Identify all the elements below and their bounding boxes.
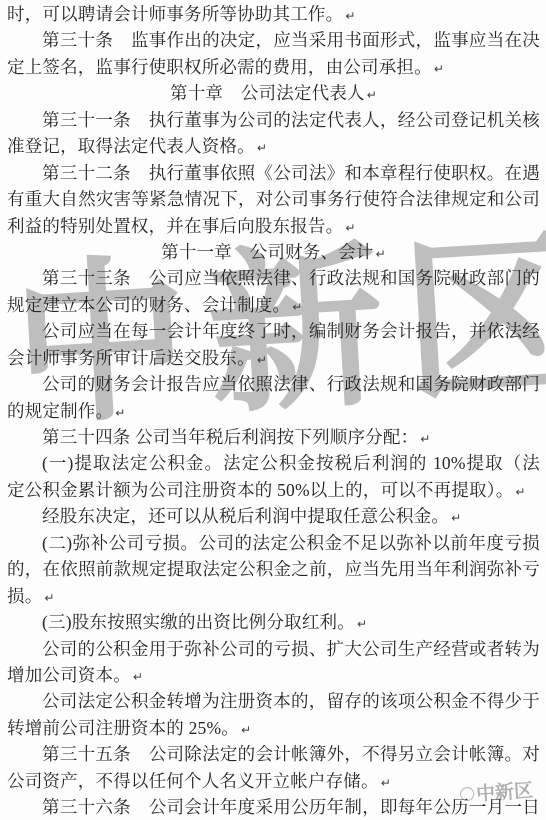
paragraph-return-mark: ↵ — [257, 353, 267, 367]
document-line: 损。↵ — [7, 583, 540, 609]
paragraph-return-mark: ↵ — [357, 617, 367, 631]
document-line: (二)弥补公司亏损。公司的法定公积金不足以弥补以前年度亏损 — [7, 530, 540, 556]
line-text: 第三十五条 公司除法定的会计帐簿外，不得另立会计帐簿。对 — [42, 744, 540, 764]
chapter-heading: 第十一章 公司财务、会计↵ — [7, 239, 540, 265]
document-line: 时，可以聘请会计师事务所等协助其工作。↵ — [7, 1, 540, 27]
line-text: 准登记，取得法定代表人资格。 — [7, 136, 255, 156]
document-line: 增加公司资本。↵ — [7, 662, 540, 688]
line-text: 损。 — [7, 586, 42, 606]
document-line: 定公积金累计额为公司注册资本的 50%以上的，可以不再提取）。↵ — [7, 477, 540, 503]
line-text: 公司资产，不得以任何个人名义开立帐户存储。 — [7, 771, 379, 791]
document-line: 转增前公司注册资本的 25%。↵ — [7, 715, 540, 741]
document-line: 会计师事务所审计后送交股东。↵ — [7, 345, 540, 371]
paragraph-return-mark: ↵ — [515, 485, 525, 499]
document-line: 经股东决定，还可以从税后利润中提取任意公积金。↵ — [7, 503, 540, 529]
document-line: 第三十六条 公司会计年度采用公历年制，即每年公历一月一日 — [7, 794, 540, 820]
line-text: 的，在依照前款规定提取法定公积金之前，应当先用当年利润弥补亏 — [7, 559, 540, 579]
paragraph-return-mark: ↵ — [44, 591, 54, 605]
line-text: 第三十二条 执行董事依照《公司法》和本章程行使职权。在遇 — [42, 163, 540, 183]
paragraph-return-mark: ↵ — [381, 776, 391, 790]
line-text: 时，可以聘请会计师事务所等协助其工作。 — [7, 4, 343, 24]
document-line: 第三十二条 执行董事依照《公司法》和本章程行使职权。在遇 — [7, 160, 540, 186]
line-text: 第三十四条 公司当年税后利润按下列顺序分配： — [42, 427, 418, 447]
scanned-document-page: 中新区 时，可以聘请会计师事务所等协助其工作。↵第三十条 监事作出的决定，应当采… — [0, 0, 546, 820]
document-line: 准登记，取得法定代表人资格。↵ — [7, 133, 540, 159]
document-line: 的规定制作。↵ — [7, 398, 540, 424]
line-text: 的规定制作。 — [7, 401, 113, 421]
document-line: 第三十四条 公司当年税后利润按下列顺序分配：↵ — [7, 424, 540, 450]
paragraph-return-mark: ↵ — [133, 670, 143, 684]
document-line: 第三十五条 公司除法定的会计帐簿外，不得另立会计帐簿。对 — [7, 741, 540, 767]
document-line: 公司资产，不得以任何个人名义开立帐户存储。↵ — [7, 768, 540, 794]
paragraph-return-mark: ↵ — [115, 406, 125, 420]
paragraph-return-mark: ↵ — [376, 247, 386, 261]
line-text: (一)提取法定公积金。法定公积金按税后利润的 10%提取（法 — [42, 453, 540, 473]
line-text: 公司的财务会计报告应当依照法律、行政法规和国务院财政部门 — [42, 374, 540, 394]
line-text: 经股东决定，还可以从税后利润中提取任意公积金。 — [42, 506, 449, 526]
paragraph-return-mark: ↵ — [345, 9, 355, 23]
paragraph-return-mark: ↵ — [345, 221, 355, 235]
line-text: 定公积金累计额为公司注册资本的 50%以上的，可以不再提取）。 — [7, 480, 513, 500]
line-text: 第十章 公司法定代表人 — [170, 83, 365, 103]
paragraph-return-mark: ↵ — [434, 62, 444, 76]
line-text: 公司的公积金用于弥补公司的亏损、扩大公司生产经营或者转为 — [42, 639, 540, 659]
line-text: 转增前公司注册资本的 25%。 — [7, 718, 239, 738]
line-text: 第十一章 公司财务、会计 — [161, 242, 373, 262]
line-text: 公司法定公积金转增为注册资本的，留存的该项公积金不得少于 — [42, 691, 540, 711]
document-line: (一)提取法定公积金。法定公积金按税后利润的 10%提取（法 — [7, 450, 540, 476]
document-line: 利益的特别处置权，并在事后向股东报告。↵ — [7, 213, 540, 239]
line-text: 增加公司资本。 — [7, 665, 131, 685]
line-text: 第三十六条 公司会计年度采用公历年制，即每年公历一月一日 — [42, 797, 540, 817]
document-line: 第三十三条 公司应当依照法律、行政法规和国务院财政部门的 — [7, 265, 540, 291]
document-line: 规定建立本公司的财务、会计制度。↵ — [7, 292, 540, 318]
paragraph-return-mark: ↵ — [257, 141, 267, 155]
paragraph-return-mark: ↵ — [451, 511, 461, 525]
document-line: 第三十一条 执行董事为公司的法定代表人，经公司登记机关核 — [7, 107, 540, 133]
line-text: 第三十一条 执行董事为公司的法定代表人，经公司登记机关核 — [42, 110, 540, 130]
line-text: 会计师事务所审计后送交股东。 — [7, 348, 255, 368]
paragraph-return-mark: ↵ — [367, 88, 377, 102]
line-text: (三)股东按照实缴的出资比例分取红利。 — [42, 612, 355, 632]
document-line: (三)股东按照实缴的出资比例分取红利。↵ — [7, 609, 540, 635]
document-line: 公司应当在每一会计年度终了时，编制财务会计报告，并依法经 — [7, 318, 540, 344]
document-line: 有重大自然灾害等紧急情况下，对公司事务行使符合法律规定和公司 — [7, 186, 540, 212]
line-text: (二)弥补公司亏损。公司的法定公积金不足以弥补以前年度亏损 — [42, 533, 540, 553]
line-text: 公司应当在每一会计年度终了时，编制财务会计报告，并依法经 — [42, 321, 540, 341]
line-text: 利益的特别处置权，并在事后向股东报告。 — [7, 216, 343, 236]
document-line: 第三十条 监事作出的决定，应当采用书面形式，监事应当在决 — [7, 27, 540, 53]
line-text: 第三十三条 公司应当依照法律、行政法规和国务院财政部门的 — [42, 268, 540, 288]
paragraph-return-mark: ↵ — [241, 723, 251, 737]
line-text: 有重大自然灾害等紧急情况下，对公司事务行使符合法律规定和公司 — [7, 189, 540, 209]
document-line: 公司的公积金用于弥补公司的亏损、扩大公司生产经营或者转为 — [7, 636, 540, 662]
document-line: 定上签名，监事行使职权所必需的费用，由公司承担。↵ — [7, 54, 540, 80]
document-line: 的，在依照前款规定提取法定公积金之前，应当先用当年利润弥补亏 — [7, 556, 540, 582]
chapter-heading: 第十章 公司法定代表人↵ — [7, 80, 540, 106]
document-body: 时，可以聘请会计师事务所等协助其工作。↵第三十条 监事作出的决定，应当采用书面形… — [7, 1, 540, 820]
line-text: 定上签名，监事行使职权所必需的费用，由公司承担。 — [7, 57, 432, 77]
document-line: 公司法定公积金转增为注册资本的，留存的该项公积金不得少于 — [7, 688, 540, 714]
line-text: 第三十条 监事作出的决定，应当采用书面形式，监事应当在决 — [42, 30, 540, 50]
line-text: 规定建立本公司的财务、会计制度。 — [7, 295, 290, 315]
paragraph-return-mark: ↵ — [292, 300, 302, 314]
paragraph-return-mark: ↵ — [420, 432, 430, 446]
document-line: 公司的财务会计报告应当依照法律、行政法规和国务院财政部门 — [7, 371, 540, 397]
